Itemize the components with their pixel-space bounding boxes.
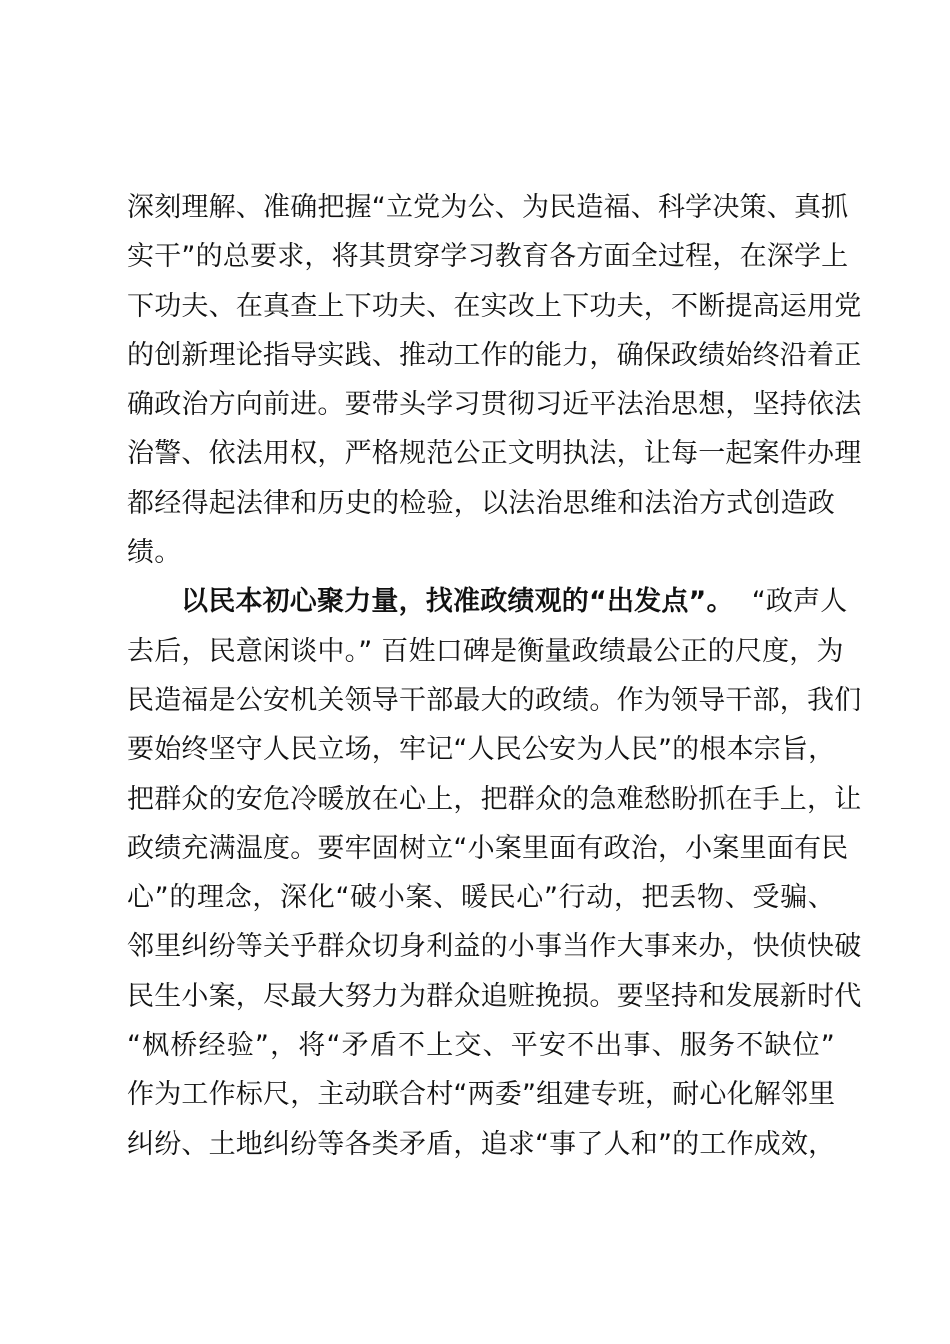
text-line: 去后，民意闲谈中。” 百姓口碑是衡量政绩最公正的尺度，为 [127, 627, 835, 676]
section-first-line: 以民本初心聚力量，找准政绩观的“出发点”。“政声人 [127, 577, 835, 626]
section-heading: 以民本初心聚力量，找准政绩观的“出发点”。 [181, 586, 734, 617]
text-line: 政绩充满温度。要牢固树立“小案里面有政治，小案里面有民 [127, 824, 835, 873]
paragraph-people-oriented: 以民本初心聚力量，找准政绩观的“出发点”。“政声人 去后，民意闲谈中。” 百姓口… [127, 577, 835, 1169]
text-line: 实干”的总要求，将其贯穿学习教育各方面全过程，在深学上 [127, 232, 835, 281]
text-line: “枫桥经验”，将“矛盾不上交、平安不出事、服务不缺位” [127, 1021, 835, 1070]
text-line: 纠纷、土地纠纷等各类矛盾，追求“事了人和”的工作成效， [127, 1120, 835, 1169]
text-line: 把群众的安危冷暖放在心上，把群众的急难愁盼抓在手上，让 [127, 775, 835, 824]
text-line: 治警、依法用权，严格规范公正文明执法，让每一起案件办理 [127, 429, 835, 478]
text-line: 民生小案，尽最大努力为群众追赃挽损。要坚持和发展新时代 [127, 972, 835, 1021]
document-body: 深刻理解、准确把握“立党为公、为民造福、科学决策、真抓 实干”的总要求，将其贯穿… [127, 183, 835, 1169]
text-line: 绩。 [127, 528, 835, 577]
paragraph-rule-of-law: 深刻理解、准确把握“立党为公、为民造福、科学决策、真抓 实干”的总要求，将其贯穿… [127, 183, 835, 577]
text-line: 作为工作标尺，主动联合村“两委”组建专班，耐心化解邻里 [127, 1070, 835, 1119]
document-page: 深刻理解、准确把握“立党为公、为民造福、科学决策、真抓 实干”的总要求，将其贯穿… [0, 0, 950, 1344]
text-line: 民造福是公安机关领导干部最大的政绩。作为领导干部，我们 [127, 676, 835, 725]
text-line: 的创新理论指导实践、推动工作的能力，确保政绩始终沿着正 [127, 331, 835, 380]
text-line: 深刻理解、准确把握“立党为公、为民造福、科学决策、真抓 [127, 183, 835, 232]
text-line: 要始终坚守人民立场，牢记“人民公安为人民”的根本宗旨， [127, 725, 835, 774]
text-line: 下功夫、在真查上下功夫、在实改上下功夫，不断提高运用党 [127, 282, 835, 331]
text-span: “政声人 [752, 586, 848, 617]
text-line: 都经得起法律和历史的检验，以法治思维和法治方式创造政 [127, 479, 835, 528]
text-line: 确政治方向前进。要带头学习贯彻习近平法治思想，坚持依法 [127, 380, 835, 429]
text-line: 心”的理念，深化“破小案、暖民心”行动，把丢物、受骗、 [127, 873, 835, 922]
text-line: 邻里纠纷等关乎群众切身利益的小事当作大事来办，快侦快破 [127, 922, 835, 971]
